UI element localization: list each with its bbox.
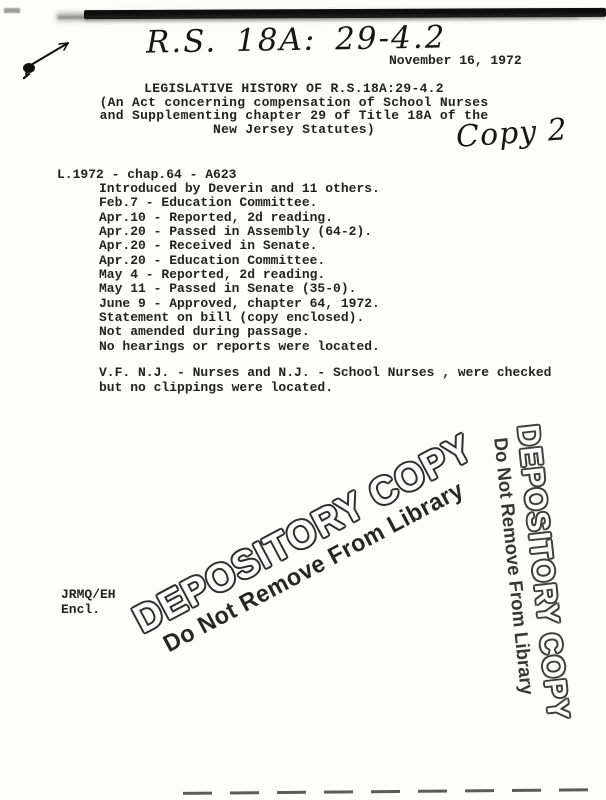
history-line: Apr.20 - Education Committee.: [99, 254, 380, 268]
title-block: LEGISLATIVE HISTORY OF R.S.18A:29-4.2(An…: [94, 82, 494, 136]
history-line: Feb.7 - Education Committee.: [99, 196, 380, 210]
history-line: Introduced by Deverin and 11 others.: [99, 182, 380, 196]
scan-artifact-bottom-dashes: [183, 788, 606, 795]
history-line: June 9 - Approved, chapter 64, 1972.: [99, 297, 380, 311]
enclosure-note: Encl.: [61, 603, 116, 618]
title-line: LEGISLATIVE HISTORY OF R.S.18A:29-4.2: [94, 82, 494, 96]
scan-artifact-top-fuzz: [58, 14, 603, 19]
typist-initials: JRMQ/EH: [61, 588, 116, 603]
history-list: Introduced by Deverin and 11 others.Feb.…: [99, 182, 380, 354]
initials-block: JRMQ/EH Encl.: [61, 588, 116, 617]
document-date: November 16, 1972: [389, 53, 522, 68]
depository-stamp-right: DEPOSITORY COPY Do Not Remove From Libra…: [489, 423, 571, 705]
history-line: Apr.10 - Reported, 2d reading.: [99, 211, 380, 225]
title-line: New Jersey Statutes): [94, 123, 494, 137]
title-line: and Supplementing chapter 29 of Title 18…: [94, 109, 494, 123]
copy-annotation: Copy 2: [455, 112, 569, 155]
history-line: Apr.20 - Received in Senate.: [99, 239, 380, 253]
history-line: May 11 - Passed in Senate (35-0).: [99, 282, 380, 296]
title-line: (An Act concerning compensation of Schoo…: [94, 96, 494, 110]
scanned-document-page: R.S. 18A: 29-4.2 November 16, 1972 LEGIS…: [0, 0, 606, 800]
depository-stamp-center: DEPOSITORY COPY Do Not Remove From Libra…: [127, 434, 480, 664]
history-line: Apr.20 - Passed in Assembly (64-2).: [99, 225, 380, 239]
history-line: May 4 - Reported, 2d reading.: [99, 268, 380, 282]
pen-arrow-mark-icon: [16, 32, 80, 82]
history-line: Not amended during passage.: [99, 325, 380, 339]
law-reference: L.1972 - chap.64 - A623: [57, 167, 236, 182]
vf-note-line: V.F. N.J. - Nurses and N.J. - School Nur…: [99, 366, 551, 381]
vertical-file-note: V.F. N.J. - Nurses and N.J. - School Nur…: [99, 366, 551, 395]
history-line: No hearings or reports were located.: [99, 340, 380, 354]
scan-artifact-speck: [4, 8, 20, 13]
stamp-title: DEPOSITORY COPY: [127, 434, 467, 640]
history-line: Statement on bill (copy enclosed).: [99, 311, 380, 325]
vf-note-line: but no clippings were located.: [99, 381, 551, 396]
